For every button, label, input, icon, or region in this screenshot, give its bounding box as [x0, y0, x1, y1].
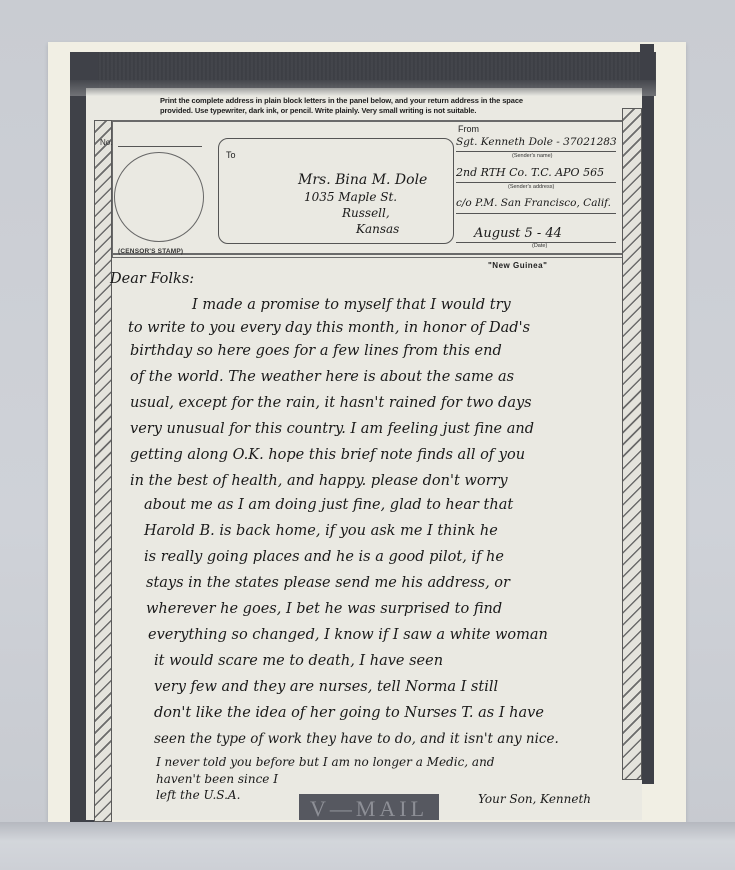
letter-line: about me as I am doing just fine, glad t…	[144, 496, 513, 514]
sender-name-caption: (Sender's name)	[512, 153, 553, 159]
letter-line: very unusual for this country. I am feel…	[130, 420, 534, 438]
letter-line: I never told you before but I am no long…	[156, 753, 494, 771]
number-field-line	[118, 146, 202, 147]
letter-line: Harold B. is back home, if you ask me I …	[144, 522, 498, 540]
recipient-street: 1035 Maple St.	[304, 190, 397, 204]
recipient-name: Mrs. Bina M. Dole	[298, 172, 427, 188]
letter-line: to write to you every day this month, in…	[128, 319, 530, 337]
letter-line: left the U.S.A.	[156, 786, 240, 804]
to-label: To	[226, 150, 236, 160]
from-label: From	[458, 124, 479, 134]
scan-bottom-edge	[0, 822, 735, 870]
number-label: No.	[100, 138, 112, 147]
form-instructions: Print the complete address in plain bloc…	[160, 96, 600, 116]
divider-address-bottom	[112, 253, 622, 255]
date-caption: (Date)	[532, 243, 547, 249]
scan-border-right	[640, 44, 654, 784]
hatched-margin-left	[94, 120, 112, 822]
letter-line: everything so changed, I know if I saw a…	[148, 626, 548, 644]
instructions-line-1: Print the complete address in plain bloc…	[160, 96, 600, 106]
censor-stamp-circle	[114, 152, 204, 242]
letter-line: getting along O.K. hope this brief note …	[130, 446, 525, 464]
recipient-city: Russell,	[342, 206, 390, 220]
sender-address-1: 2nd RTH Co. T.C. APO 565	[456, 166, 604, 179]
letter-line: it would scare me to death, I have seen	[154, 652, 443, 670]
letter-line: in the best of health, and happy. please…	[130, 472, 508, 490]
divider-top	[112, 120, 622, 122]
letter-line: stays in the states please send me his a…	[146, 574, 510, 592]
divider-address-bottom-2	[112, 257, 622, 258]
letter-line: seen the type of work they have to do, a…	[154, 730, 559, 748]
letter-line: of the world. The weather here is about …	[130, 368, 514, 386]
letter-closing: Your Son, Kenneth	[478, 790, 591, 808]
instructions-line-2: provided. Use typewriter, dark ink, or p…	[160, 106, 600, 116]
letter-line: don't like the idea of her going to Nurs…	[154, 704, 544, 722]
location-note: "New Guinea"	[488, 261, 547, 270]
sender-address-line	[456, 182, 616, 183]
letter-line: very few and they are nurses, tell Norma…	[154, 678, 498, 696]
sender-address-caption: (Sender's address)	[508, 184, 554, 190]
letter-date: August 5 - 44	[474, 226, 562, 241]
censor-stamp-label: (CENSOR'S STAMP)	[118, 248, 183, 255]
letter-line: birthday so here goes for a few lines fr…	[130, 342, 502, 360]
sender-address-2: c/o P.M. San Francisco, Calif.	[456, 197, 611, 209]
letter-line: usual, except for the rain, it hasn't ra…	[130, 394, 532, 412]
vmail-mark: V—MAIL	[299, 794, 439, 820]
sender-name: Sgt. Kenneth Dole - 37021283	[456, 136, 617, 148]
sender-address-line-2	[456, 213, 616, 214]
salutation: Dear Folks:	[110, 270, 194, 288]
letter-line: is really going places and he is a good …	[144, 548, 504, 566]
letter-line: I made a promise to myself that I would …	[192, 296, 511, 314]
hatched-margin-right	[622, 108, 642, 780]
letter-line: wherever he goes, I bet he was surprised…	[146, 600, 502, 618]
sender-name-line	[456, 151, 616, 152]
scan-border-fade	[70, 80, 656, 96]
recipient-state: Kansas	[356, 222, 399, 236]
